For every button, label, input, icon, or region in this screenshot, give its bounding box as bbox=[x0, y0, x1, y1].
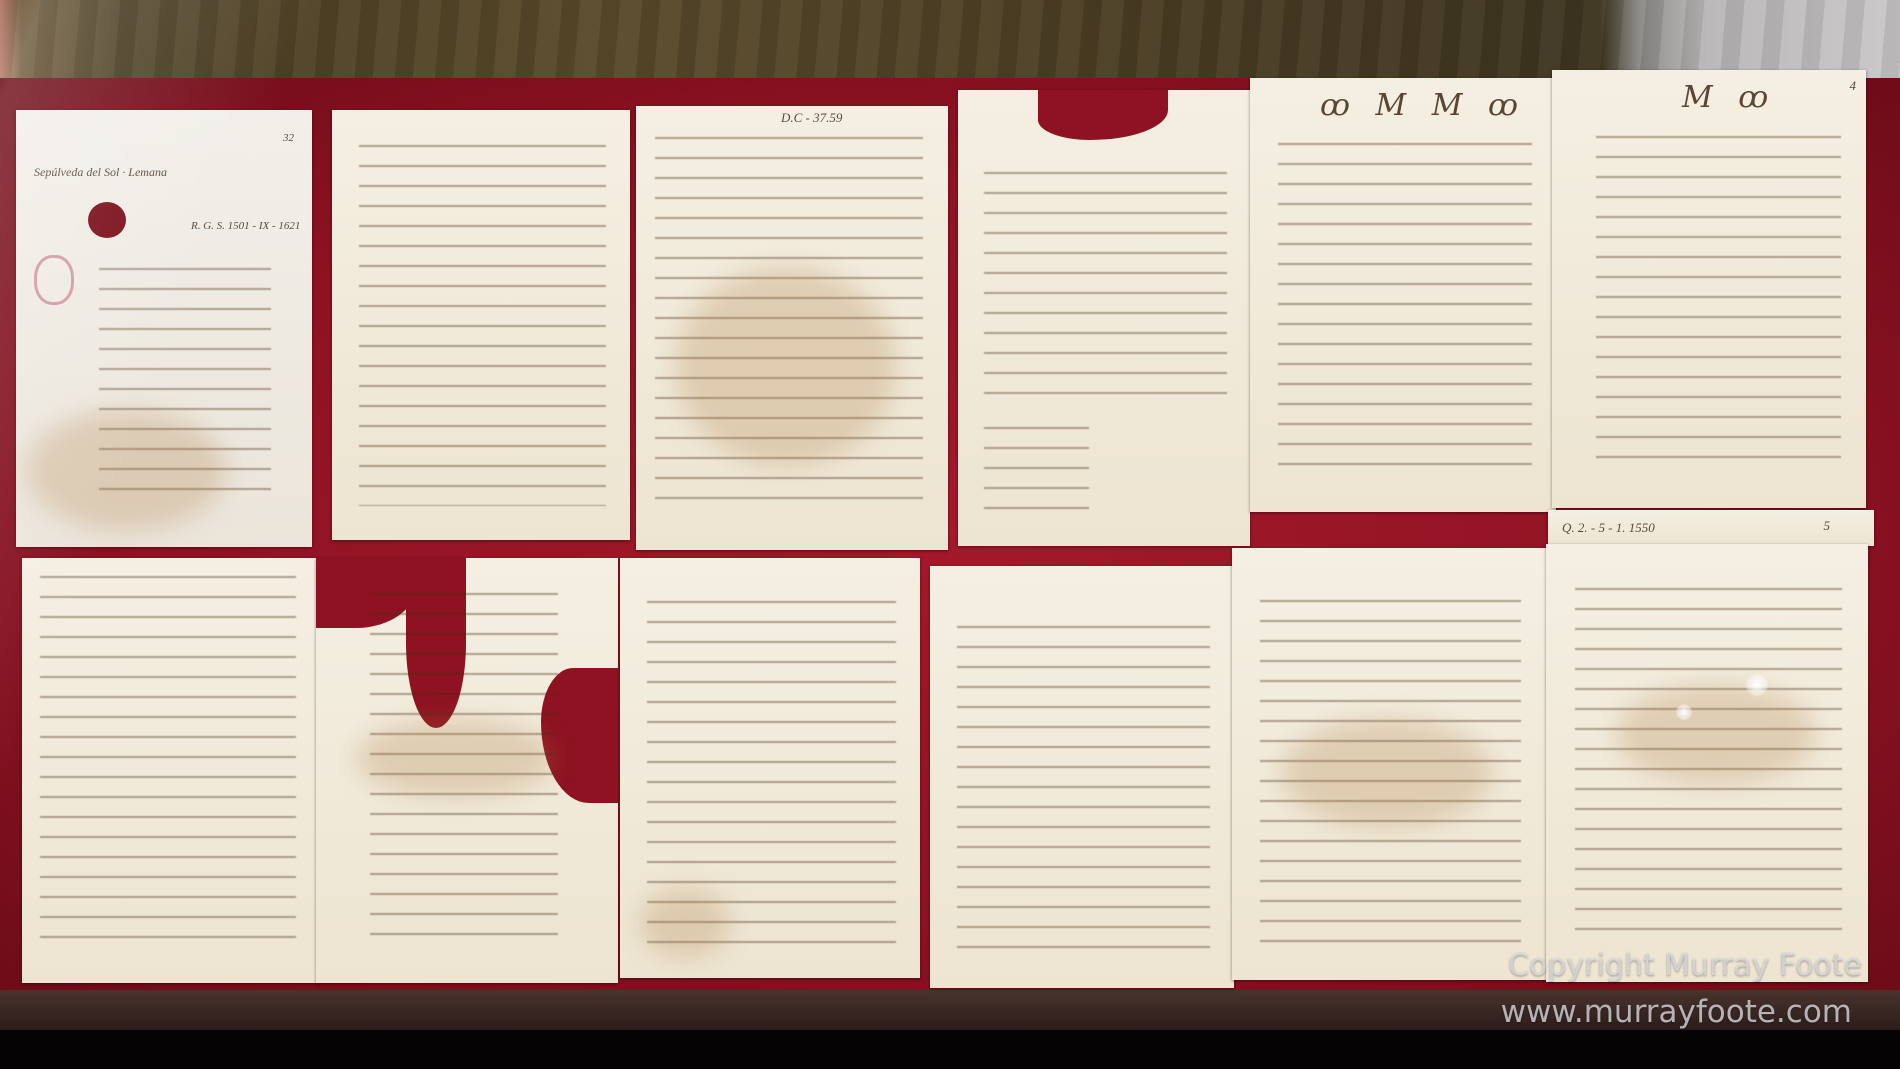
calligraphic-heading: ꝏ M M ꝏ bbox=[1320, 88, 1526, 123]
archive-stamp-icon bbox=[34, 255, 74, 305]
page-number: 5 bbox=[1824, 518, 1831, 534]
manuscript-top-5: ꝏ M M ꝏ bbox=[1250, 78, 1556, 512]
reference-number: D.C - 37.59 bbox=[781, 110, 842, 126]
manuscript-bottom-4 bbox=[930, 566, 1234, 988]
manuscript-top-3: D.C - 37.59 bbox=[636, 106, 948, 550]
manuscript-bottom-2 bbox=[316, 558, 618, 983]
manuscript-top-4 bbox=[958, 90, 1250, 546]
watermark-copyright: Copyright Murray Foote bbox=[1508, 948, 1862, 983]
reference-number: R. G. S. 1501 - IX - 1621 bbox=[191, 220, 300, 232]
manuscript-top-6: M ꝏ 4 bbox=[1552, 70, 1866, 508]
wax-seal-icon bbox=[88, 202, 126, 238]
manuscript-bottom-1 bbox=[22, 558, 320, 983]
reference-number: Q. 2. - 5 - 1. 1550 bbox=[1562, 520, 1655, 536]
calligraphic-heading: M ꝏ bbox=[1682, 80, 1776, 115]
manuscript-top-2 bbox=[332, 110, 630, 540]
manuscript-top-1: Sepúlveda del Sol · Lemana R. G. S. 1501… bbox=[16, 110, 312, 547]
case-base bbox=[0, 1030, 1900, 1069]
margin-note: Sepúlveda del Sol · Lemana bbox=[34, 165, 167, 180]
manuscript-bottom-5 bbox=[1232, 548, 1546, 980]
watermark-url: www.murrayfoote.com bbox=[1501, 994, 1852, 1030]
manuscript-bottom-6 bbox=[1546, 544, 1868, 982]
page-number: 4 bbox=[1850, 78, 1857, 94]
manuscript-bottom-3 bbox=[620, 558, 920, 978]
manuscript-bottom-6-slip: Q. 2. - 5 - 1. 1550 5 bbox=[1548, 510, 1874, 546]
page-number: 32 bbox=[283, 132, 294, 144]
